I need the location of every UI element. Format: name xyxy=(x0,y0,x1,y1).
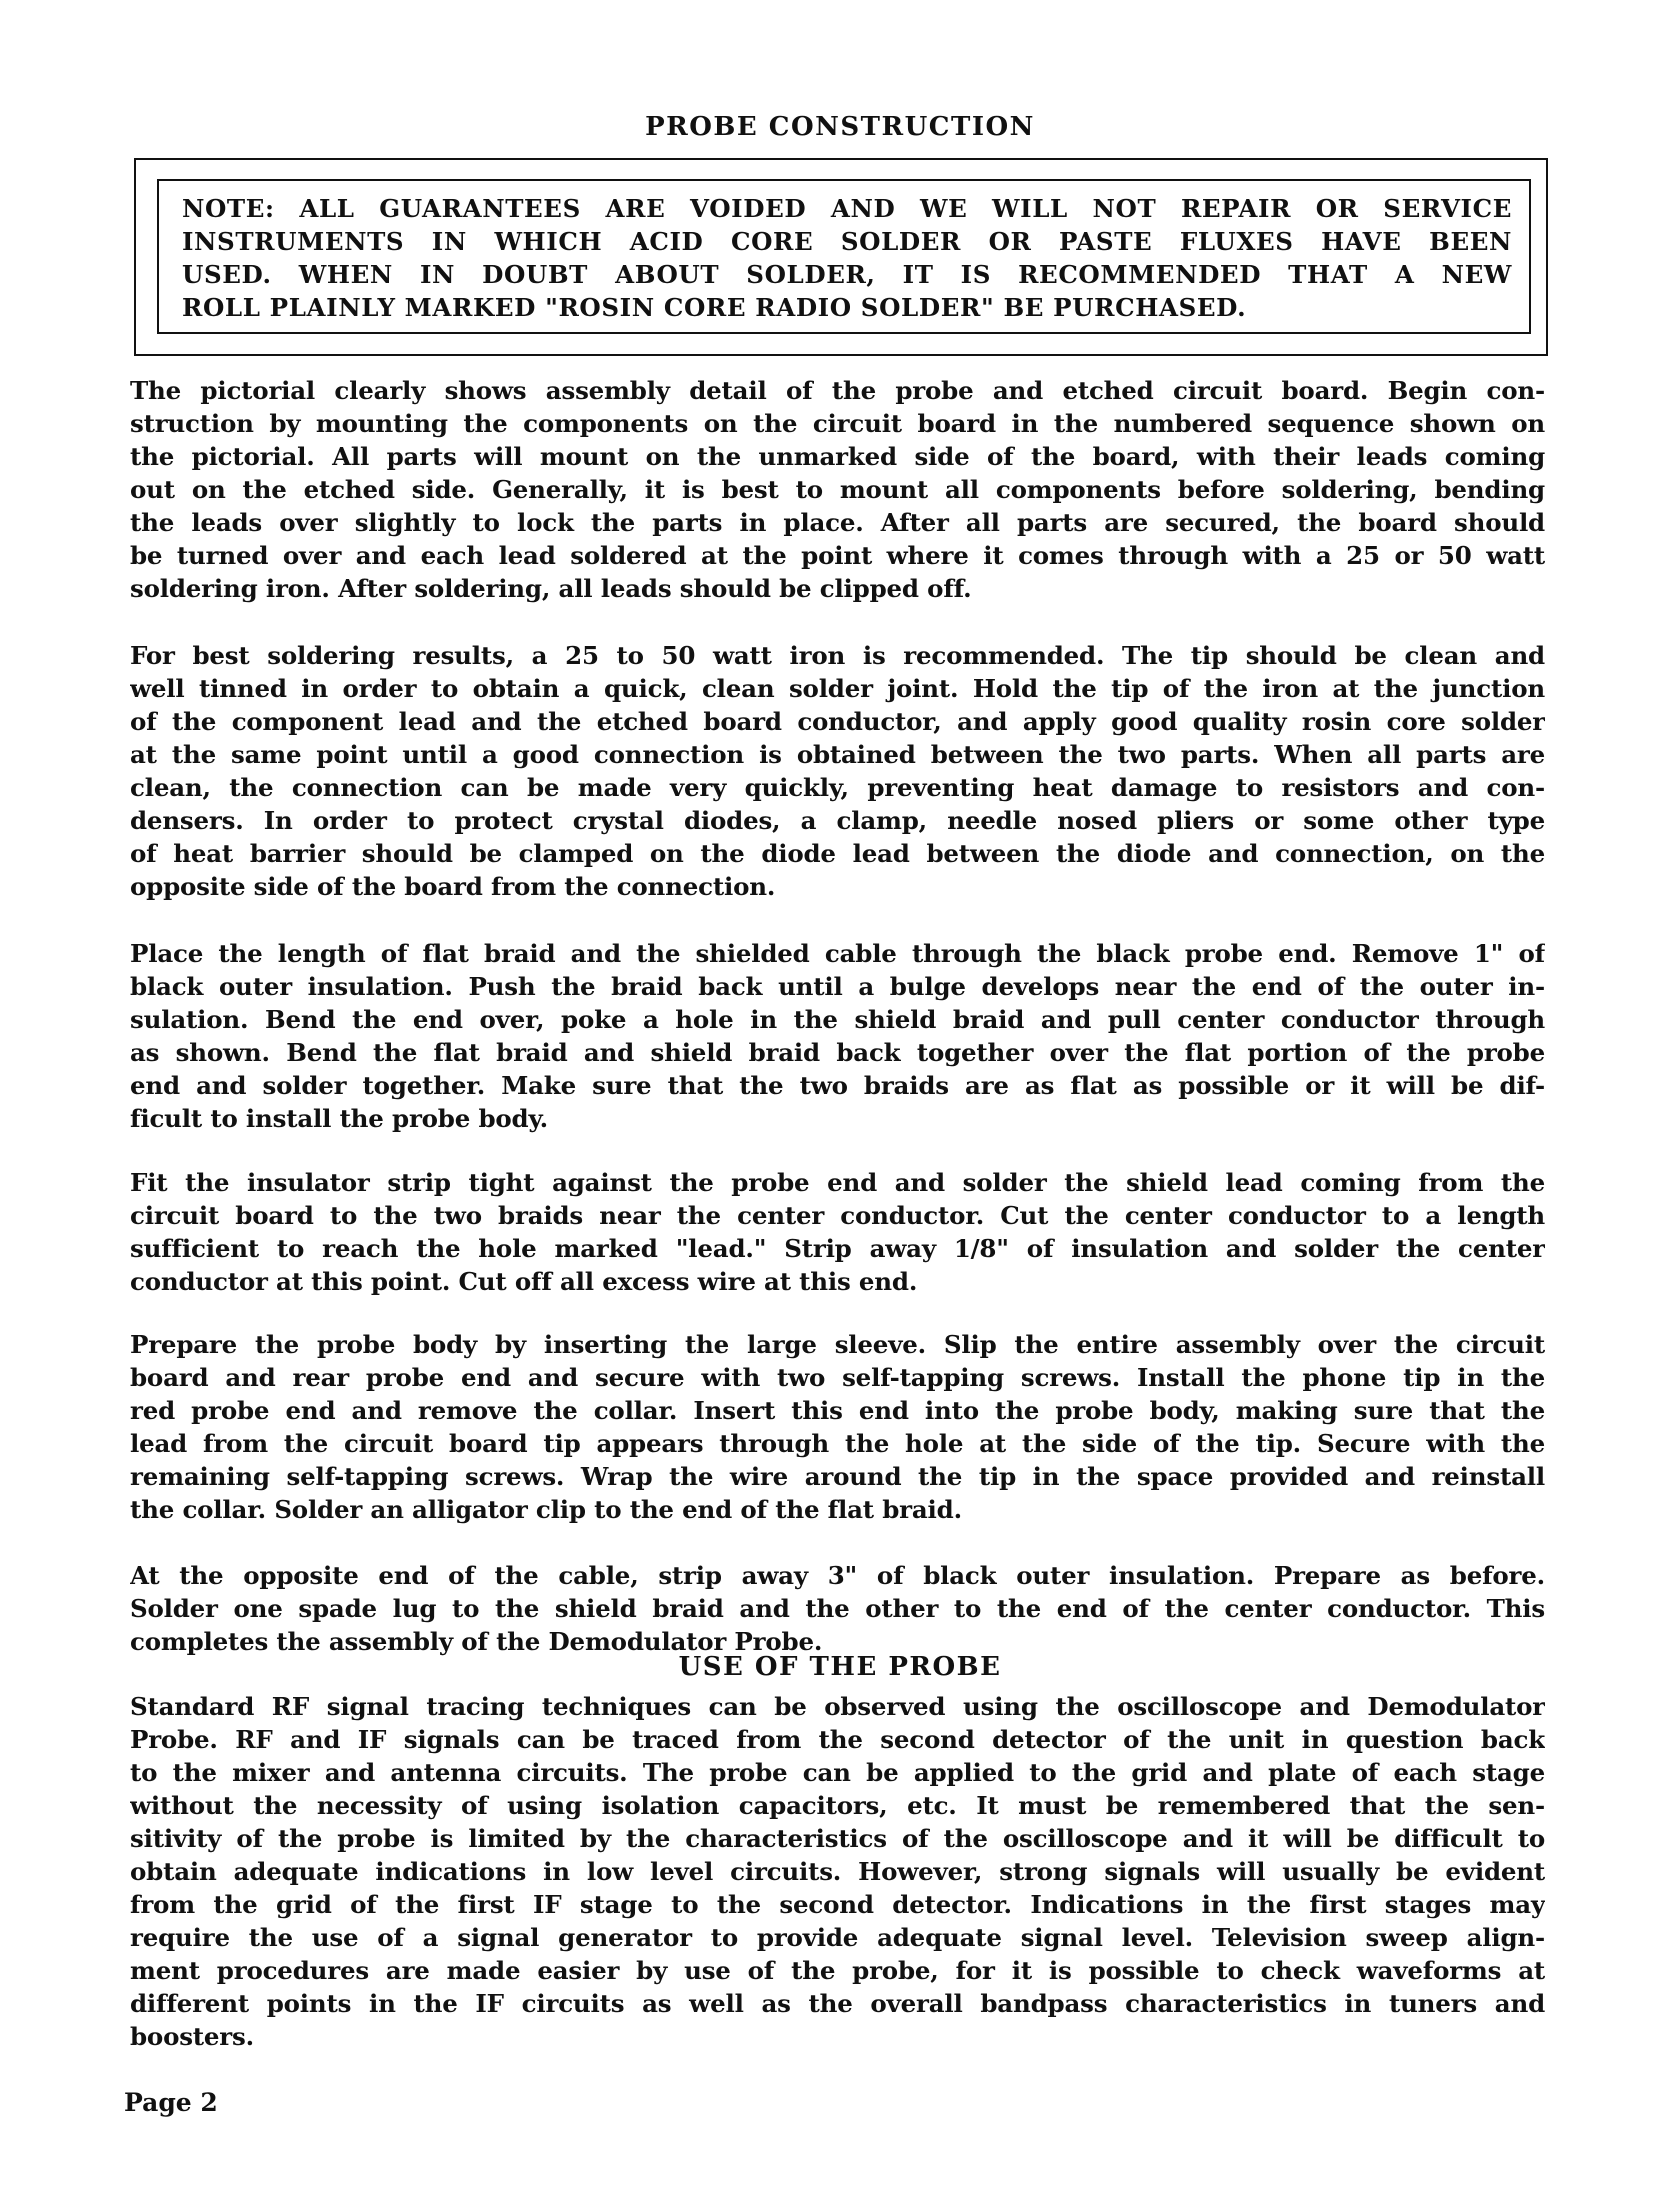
text-line: clean, the connection can be made very q… xyxy=(130,771,1545,804)
text-line: board and rear probe end and secure with… xyxy=(130,1361,1545,1394)
heading-probe-construction: PROBE CONSTRUCTION xyxy=(0,112,1680,142)
note-line: NOTE: ALL GUARANTEES ARE VOIDED AND WE W… xyxy=(182,192,1512,225)
text-line: Prepare the probe body by inserting the … xyxy=(130,1328,1545,1361)
paragraph-soldering: For best soldering results, a 25 to 50 w… xyxy=(130,639,1545,903)
text-line: without the necessity of using isolation… xyxy=(130,1789,1545,1822)
text-line: the pictorial. All parts will mount on t… xyxy=(130,440,1545,473)
heading-use-of-the-probe: USE OF THE PROBE xyxy=(0,1652,1680,1682)
text-line: at the same point until a good connectio… xyxy=(130,738,1545,771)
text-line: lead from the circuit board tip appears … xyxy=(130,1427,1545,1460)
warranty-note: NOTE: ALL GUARANTEES ARE VOIDED AND WE W… xyxy=(182,192,1512,324)
text-line: The pictorial clearly shows assembly det… xyxy=(130,374,1545,407)
document-page: PROBE CONSTRUCTION NOTE: ALL GUARANTEES … xyxy=(0,0,1680,2196)
text-line: well tinned in order to obtain a quick, … xyxy=(130,672,1545,705)
text-line: struction by mounting the components on … xyxy=(130,407,1545,440)
text-line: At the opposite end of the cable, strip … xyxy=(130,1559,1545,1592)
text-line: sitivity of the probe is limited by the … xyxy=(130,1822,1545,1855)
text-line: the collar. Solder an alligator clip to … xyxy=(130,1493,1545,1526)
text-line: Solder one spade lug to the shield braid… xyxy=(130,1592,1545,1625)
text-line: from the grid of the first IF stage to t… xyxy=(130,1888,1545,1921)
text-line: black outer insulation. Push the braid b… xyxy=(130,970,1545,1003)
note-line: ROLL PLAINLY MARKED "ROSIN CORE RADIO SO… xyxy=(182,291,1512,324)
text-line: red probe end and remove the collar. Ins… xyxy=(130,1394,1545,1427)
text-line: sufficient to reach the hole marked "lea… xyxy=(130,1232,1545,1265)
text-line: require the use of a signal generator to… xyxy=(130,1921,1545,1954)
text-line: end and solder together. Make sure that … xyxy=(130,1069,1545,1102)
paragraph-insulator-strip: Fit the insulator strip tight against th… xyxy=(130,1166,1545,1298)
paragraph-assembly-overview: The pictorial clearly shows assembly det… xyxy=(130,374,1545,605)
note-line: USED. WHEN IN DOUBT ABOUT SOLDER, IT IS … xyxy=(182,258,1512,291)
text-line: ficult to install the probe body. xyxy=(130,1102,1545,1135)
text-line: For best soldering results, a 25 to 50 w… xyxy=(130,639,1545,672)
text-line: to the mixer and antenna circuits. The p… xyxy=(130,1756,1545,1789)
text-line: the leads over slightly to lock the part… xyxy=(130,506,1545,539)
text-line: sulation. Bend the end over, poke a hole… xyxy=(130,1003,1545,1036)
paragraph-cable-opposite-end: At the opposite end of the cable, strip … xyxy=(130,1559,1545,1658)
text-line: circuit board to the two braids near the… xyxy=(130,1199,1545,1232)
text-line: Place the length of flat braid and the s… xyxy=(130,937,1545,970)
text-line: different points in the IF circuits as w… xyxy=(130,1987,1545,2020)
paragraph-braid-cable: Place the length of flat braid and the s… xyxy=(130,937,1545,1135)
text-line: boosters. xyxy=(130,2020,1545,2053)
text-line: of heat barrier should be clamped on the… xyxy=(130,837,1545,870)
text-line: obtain adequate indications in low level… xyxy=(130,1855,1545,1888)
text-line: ment procedures are made easier by use o… xyxy=(130,1954,1545,1987)
text-line: densers. In order to protect crystal dio… xyxy=(130,804,1545,837)
text-line: Probe. RF and IF signals can be traced f… xyxy=(130,1723,1545,1756)
paragraph-use-of-probe: Standard RF signal tracing techniques ca… xyxy=(130,1690,1545,2053)
text-line: out on the etched side. Generally, it is… xyxy=(130,473,1545,506)
text-line: Standard RF signal tracing techniques ca… xyxy=(130,1690,1545,1723)
text-line: Fit the insulator strip tight against th… xyxy=(130,1166,1545,1199)
text-line: conductor at this point. Cut off all exc… xyxy=(130,1265,1545,1298)
text-line: be turned over and each lead soldered at… xyxy=(130,539,1545,572)
text-line: remaining self-tapping screws. Wrap the … xyxy=(130,1460,1545,1493)
page-number: Page 2 xyxy=(124,2088,218,2118)
text-line: as shown. Bend the flat braid and shield… xyxy=(130,1036,1545,1069)
text-line: soldering iron. After soldering, all lea… xyxy=(130,572,1545,605)
text-line: of the component lead and the etched boa… xyxy=(130,705,1545,738)
paragraph-probe-body: Prepare the probe body by inserting the … xyxy=(130,1328,1545,1526)
note-line: INSTRUMENTS IN WHICH ACID CORE SOLDER OR… xyxy=(182,225,1512,258)
text-line: opposite side of the board from the conn… xyxy=(130,870,1545,903)
